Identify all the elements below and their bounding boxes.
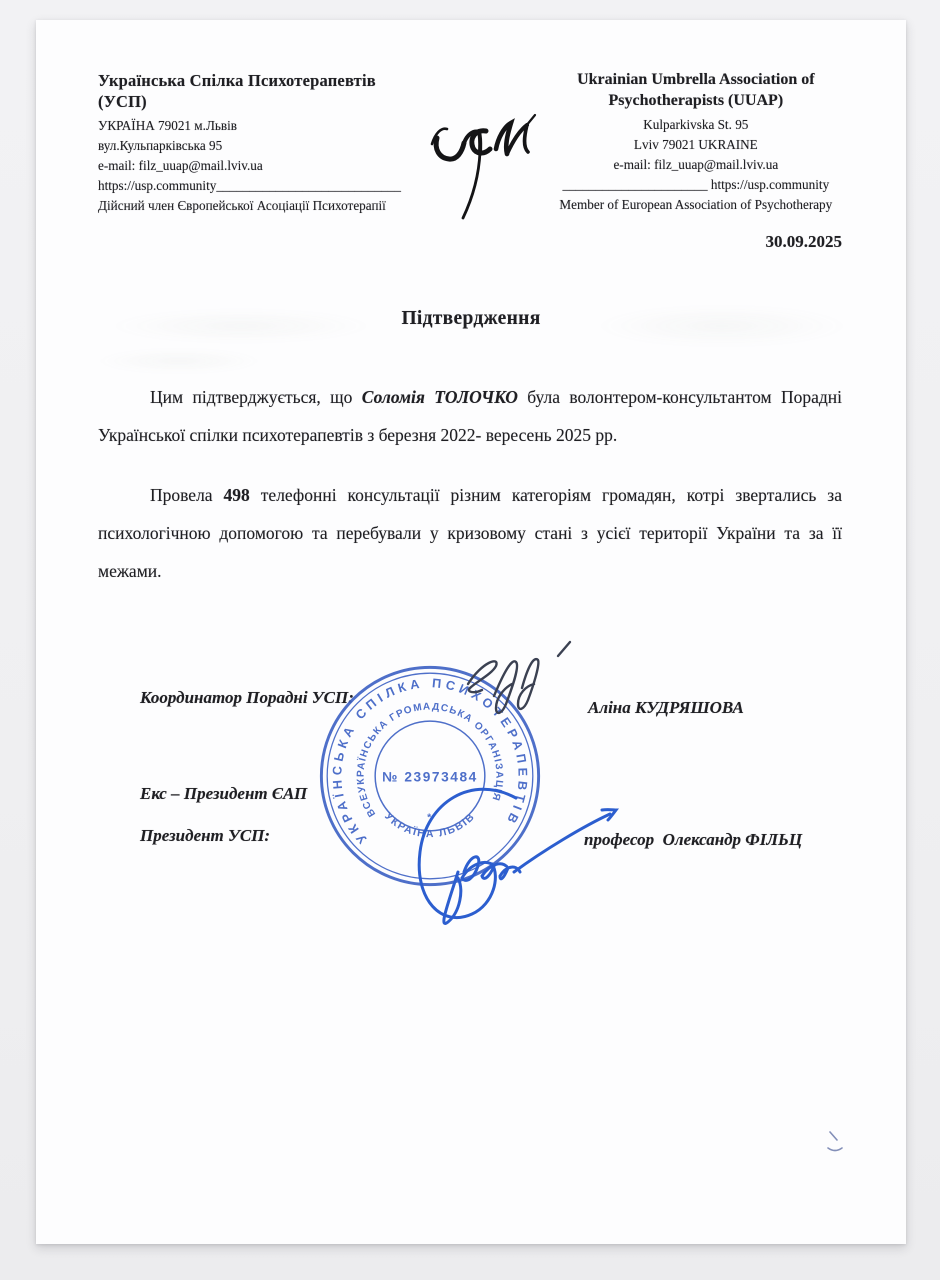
president-label: Президент УСП: (140, 826, 270, 846)
coordinator-name: Аліна КУДРЯШОВА (588, 698, 744, 718)
org-address-uk: УКРАЇНА 79021 м.Львів (98, 116, 422, 136)
org-logo (422, 94, 542, 231)
org-street-en: Kulparkivska St. 95 (542, 115, 850, 135)
letterhead-english: Ukrainian Umbrella Association of Psycho… (542, 70, 850, 231)
ink-mark-icon (822, 1128, 852, 1164)
coordinator-signature-icon (456, 632, 586, 727)
org-email-uk: e-mail: filz_uuap@mail.lviv.ua (98, 156, 422, 176)
p2-lead: Провела (150, 485, 224, 505)
letterhead: Українська Спілка Психотерапевтів (УСП) … (98, 70, 850, 231)
volunteer-name: Соломія ТОЛОЧКО (362, 387, 518, 407)
org-name-uk: Українська Спілка Психотерапевтів (УСП) (98, 70, 422, 113)
usp-brush-monogram-icon (422, 94, 537, 226)
scanned-letter-photo: { "document": { "date": "30.09.2025", "t… (0, 0, 940, 1280)
org-membership-uk: Дійсний член Європейської Асоціації Псих… (98, 196, 422, 216)
org-name-en-line2: Psychotherapists (UUAP) (542, 91, 850, 112)
document-title: Підтвердження (36, 308, 906, 330)
org-email-en: e-mail: filz_uuap@mail.lviv.ua (542, 155, 850, 175)
org-website-en: ______________________ https://usp.commu… (542, 175, 850, 195)
document-date: 30.09.2025 (766, 232, 843, 252)
document-page: Українська Спілка Психотерапевтів (УСП) … (36, 20, 906, 1244)
ex-president-label: Екс – Президент ЄАП (140, 784, 307, 804)
org-membership-en: Member of European Association of Psycho… (542, 195, 850, 215)
consultation-count: 498 (224, 485, 250, 505)
paragraph-consultations: Провела 498 телефонні консультації різни… (98, 476, 842, 590)
president-signature-icon (398, 768, 638, 938)
org-name-uk-line2: (УСП) (98, 91, 422, 112)
bleed-through-artifact (94, 348, 264, 374)
org-name-uk-line1: Українська Спілка Психотерапевтів (98, 70, 422, 91)
org-name-en: Ukrainian Umbrella Association of Psycho… (542, 70, 850, 112)
letterhead-ukrainian: Українська Спілка Психотерапевтів (УСП) … (98, 70, 422, 231)
p1-lead: Цим підтверджується, що (150, 387, 362, 407)
org-address-en: Lviv 79021 UKRAINE (542, 135, 850, 155)
org-street-uk: вул.Кульпарківська 95 (98, 136, 422, 156)
org-name-en-line1: Ukrainian Umbrella Association of (542, 70, 850, 91)
org-website-uk: https://usp.community___________________… (98, 176, 422, 196)
document-body: Цим підтверджується, що Соломія ТОЛОЧКО … (98, 378, 842, 590)
paragraph-confirmation: Цим підтверджується, що Соломія ТОЛОЧКО … (98, 378, 842, 454)
